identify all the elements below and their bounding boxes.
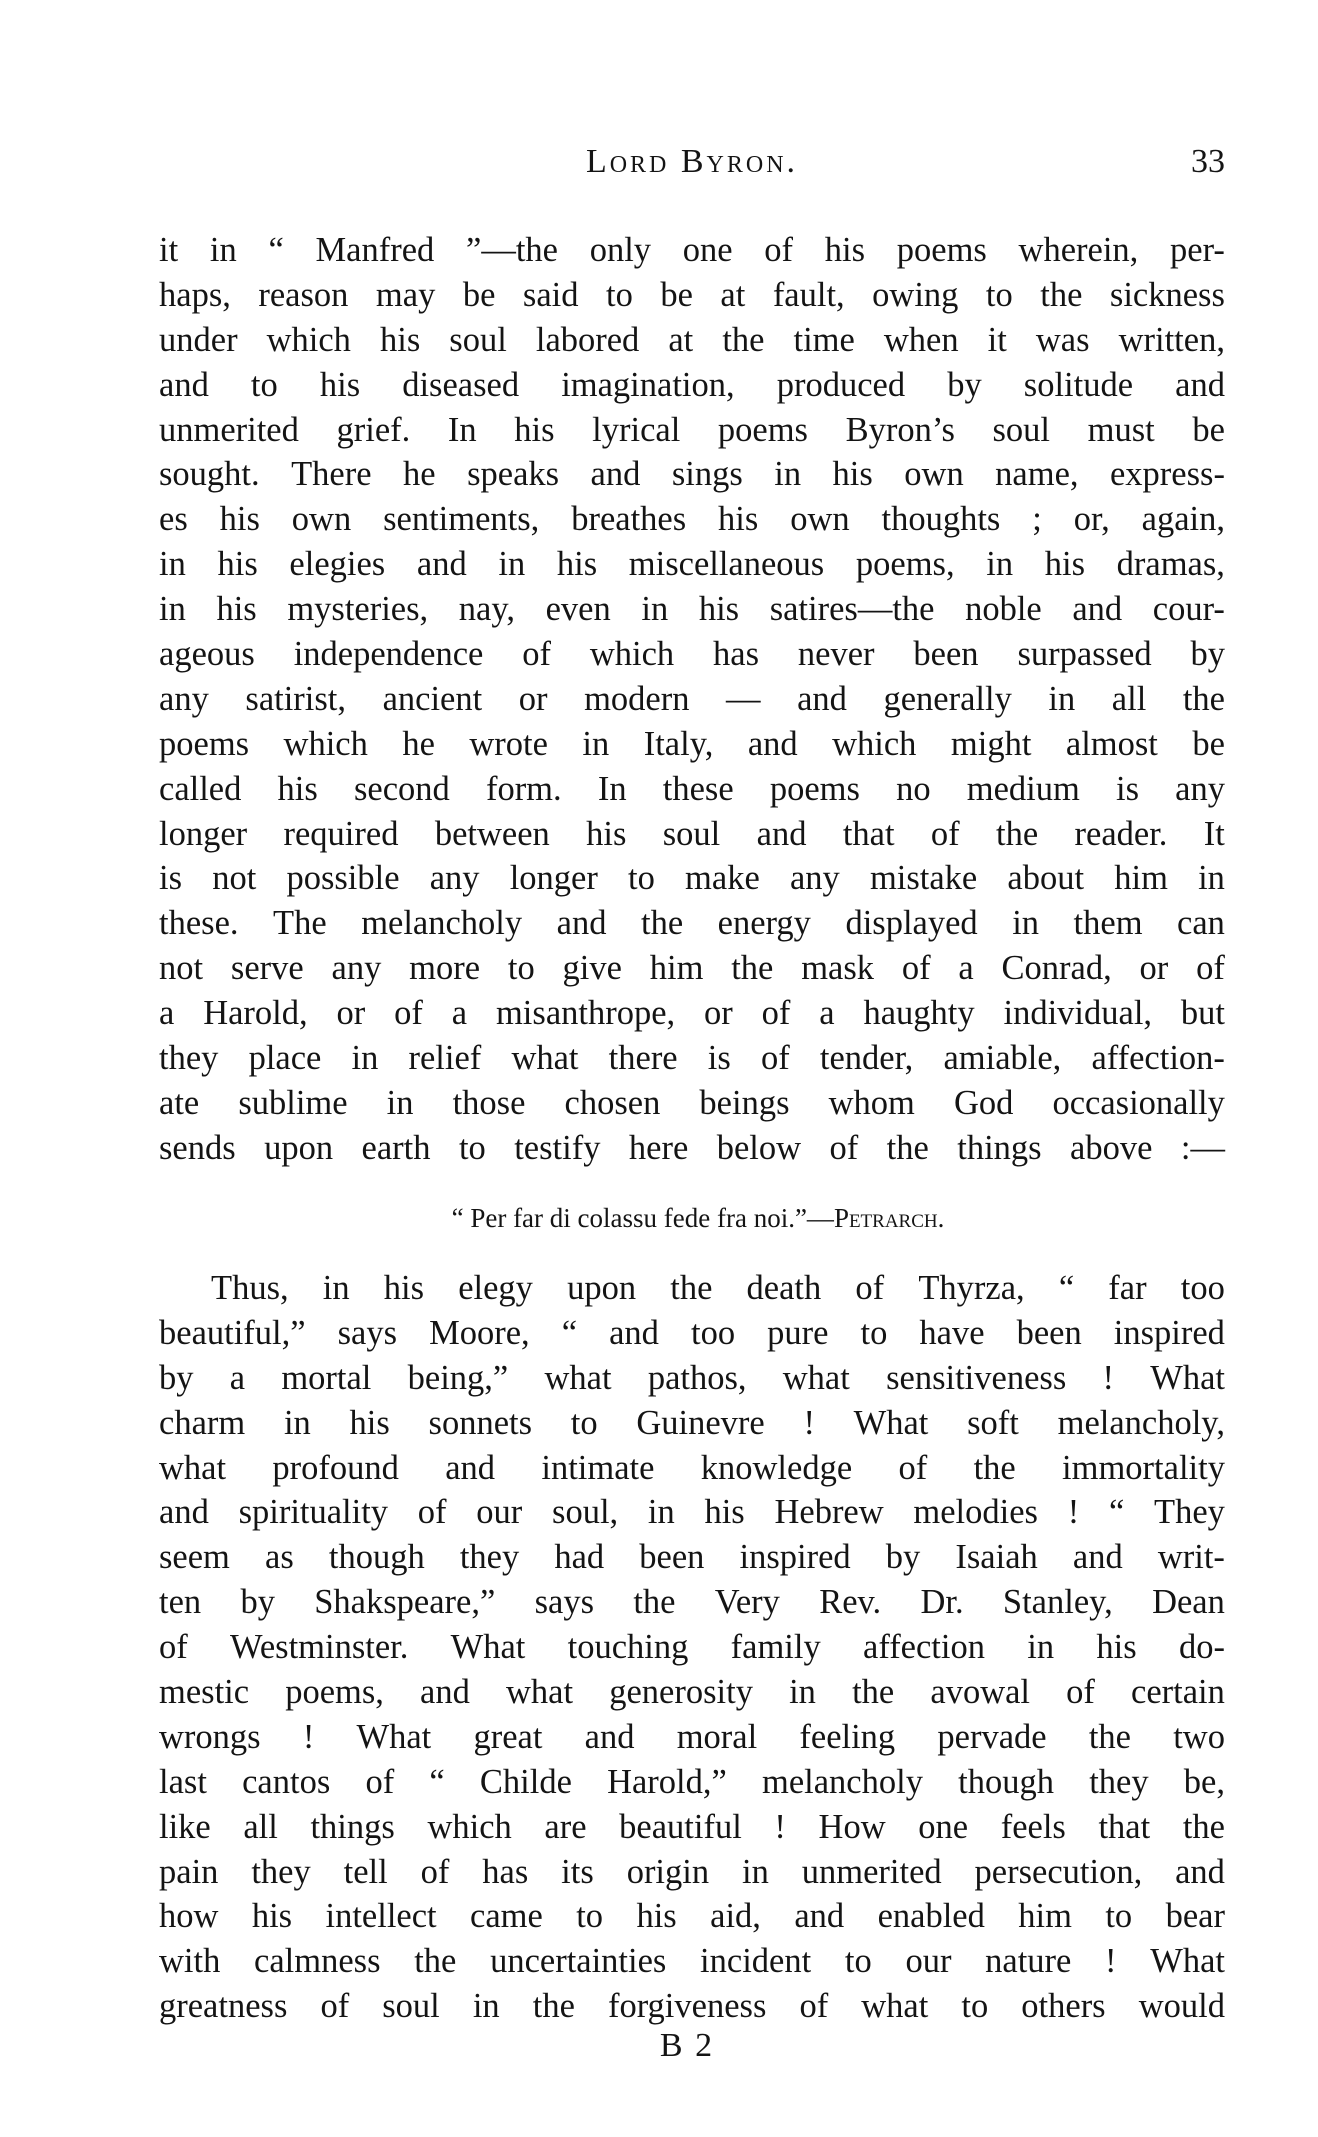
text-line: theyplaceinreliefwhatthereisoftender,ami… (159, 1036, 1225, 1081)
epigraph-quote: “ Per far di colassu fede fra noi.”— (452, 1203, 834, 1233)
text-line: these.Themelancholyandtheenergydisplayed… (159, 901, 1225, 946)
text-line: poemswhichhewroteinItaly,andwhichmightal… (159, 722, 1225, 767)
text-line: haps,reasonmaybesaidtobeatfault,owingtot… (159, 273, 1225, 318)
paragraph-2: Thus,inhiselegyuponthedeathofThyrza,“far… (159, 1266, 1225, 2029)
text-line: andtohisdiseasedimagination,producedbyso… (159, 363, 1225, 408)
text-line: paintheytellofhasitsorigininunmeritedper… (159, 1850, 1225, 1895)
text-line: greatnessofsoulintheforgivenessofwhattoo… (159, 1984, 1225, 2029)
text-line: notserveanymoretogivehimthemaskofaConrad… (159, 946, 1225, 991)
text-line: ageousindependenceofwhichhasneverbeensur… (159, 632, 1225, 677)
text-line: Thus,inhiselegyuponthedeathofThyrza,“far… (159, 1266, 1225, 1311)
text-line: tenbyShakspeare,”saystheVeryRev.Dr.Stanl… (159, 1580, 1225, 1625)
signature-mark: B 2 (0, 2024, 1318, 2068)
text-line: beautiful,”saysMoore,“andtoopuretohavebe… (159, 1311, 1225, 1356)
text-line: withcalmnesstheuncertaintiesincidenttoou… (159, 1939, 1225, 1984)
text-line: sought.Therehespeaksandsingsinhisownname… (159, 452, 1225, 497)
text-line: byamortalbeing,”whatpathos,whatsensitive… (159, 1356, 1225, 1401)
text-line: anysatirist,ancientormodern—andgenerally… (159, 677, 1225, 722)
text-line: sendsuponearthtotestifyherebelowofthethi… (159, 1126, 1225, 1171)
text-line: inhiselegiesandinhismiscellaneouspoems,i… (159, 542, 1225, 587)
text-line: ofWestminster.Whattouchingfamilyaffectio… (159, 1625, 1225, 1670)
text-line: underwhichhissoullaboredatthetimewhenitw… (159, 318, 1225, 363)
text-line: andspiritualityofoursoul,inhisHebrewmelo… (159, 1490, 1225, 1535)
text-line: lastcantosof“ChildeHarold,”melancholytho… (159, 1760, 1225, 1805)
text-line: calledhissecondform.Inthesepoemsnomedium… (159, 767, 1225, 812)
text-line: isnotpossibleanylongertomakeanymistakeab… (159, 856, 1225, 901)
running-title: Lord Byron. (159, 140, 1225, 184)
text-line: wrongs!Whatgreatandmoralfeelingpervadeth… (159, 1715, 1225, 1760)
text-line: aHarold,orofamisanthrope,orofahaughtyind… (159, 991, 1225, 1036)
book-page: Lord Byron. 33 itin“Manfred”—theonlyoneo… (0, 0, 1318, 2137)
text-line: charminhissonnetstoGuinevre!Whatsoftmela… (159, 1401, 1225, 1446)
text-line: seemasthoughtheyhadbeeninspiredbyIsaiaha… (159, 1535, 1225, 1580)
text-line: inhismysteries,nay,eveninhissatires—then… (159, 587, 1225, 632)
text-line: likeallthingswhicharebeautiful!Howonefee… (159, 1805, 1225, 1850)
text-line: whatprofoundandintimateknowledgeoftheimm… (159, 1446, 1225, 1491)
paragraph-1: itin“Manfred”—theonlyoneofhispoemswherei… (159, 228, 1225, 1171)
epigraph-attribution: Petrarch. (834, 1203, 944, 1233)
text-line: mesticpoems,andwhatgenerosityintheavowal… (159, 1670, 1225, 1715)
text-line: atesublimeinthosechosenbeingswhomGodocca… (159, 1081, 1225, 1126)
text-line: howhisintellectcametohisaid,andenabledhi… (159, 1894, 1225, 1939)
text-line: eshisownsentiments,breatheshisownthought… (159, 497, 1225, 542)
text-line: longerrequiredbetweenhissoulandthatofthe… (159, 812, 1225, 857)
text-line: itin“Manfred”—theonlyoneofhispoemswherei… (159, 228, 1225, 273)
page-number: 33 (1191, 140, 1225, 184)
running-head: Lord Byron. 33 (159, 140, 1225, 184)
text-line: unmeritedgrief.InhislyricalpoemsByron’ss… (159, 408, 1225, 453)
epigraph: “ Per far di colassu fede fra noi.”—Petr… (159, 1200, 1225, 1236)
